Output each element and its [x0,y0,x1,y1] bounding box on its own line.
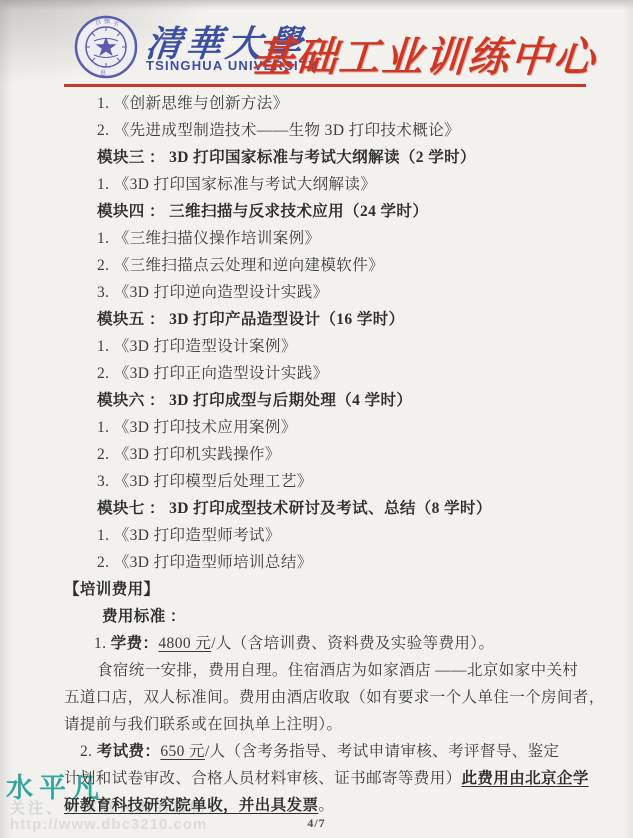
tsinghua-seal-logo: 自 强 不 息 [74,15,138,79]
doc-line: 食宿统一安排，费用自理。住宿酒店为如家酒店 ——北京如家中关村 [64,657,588,684]
svg-text:息: 息 [100,69,107,77]
page-number: 4/7 [0,816,633,831]
doc-text-segment: /人（含培训费、资料费及实验等费用）。 [211,635,494,652]
center-title: 基础工业训练中心 [251,24,587,83]
doc-line: 模块六 ： 3D 打印成型与后期处理（4 学时） [64,387,588,414]
doc-line: 3. 《3D 打印逆向造型设计实践》 [64,279,588,306]
header-divider-rule [64,84,586,87]
doc-text-segment: 1. [94,635,111,652]
doc-line: 1. 《3D 打印技术应用案例》 [64,414,588,441]
letterhead: 自 强 不 息 清華大學 TSINGHUA UNIVERSITY 基础工业训练中… [0,0,633,90]
doc-line: 模块七 ： 3D 打印成型技术研讨及考试、总结（8 学时） [64,495,588,522]
doc-line: 2. 考试费：650 元/人（含考务指导、考试申请审核、考评督导、鉴定 [64,738,588,765]
doc-line: 计划和试卷审改、合格人员材料审核、证书邮寄等费用）此费用由北京企学 [64,765,588,792]
doc-text-segment: 计划和试卷审改、合格人员材料审核、证书邮寄等费用） [64,770,462,787]
document-body: 1. 《创新思维与创新方法》2. 《先进成型制造技术——生物 3D 打印技术概论… [64,90,588,819]
doc-line: 【培训费用】 [64,576,588,603]
doc-line: 2. 《三维扫描点云处理和逆向建模软件》 [64,252,588,279]
doc-line: 1. 《三维扫描仪操作培训案例》 [64,225,588,252]
doc-text-segment: 学费： [111,635,159,652]
doc-text-segment: 650 元 [160,743,205,760]
doc-line: 1. 《3D 打印国家标准与考试大纲解读》 [64,171,588,198]
doc-text-segment: /人（含考务指导、考试申请审核、考评督导、鉴定 [205,743,560,760]
doc-line: 费用标准 ： [64,603,588,630]
doc-line: 五道口店，双人标准间。费用由酒店收取（如有要求一个人单住一个房间者， [64,684,588,711]
doc-line: 模块三 ： 3D 打印国家标准与考试大纲解读（2 学时） [64,144,588,171]
doc-line: 1. 学费：4800 元/人（含培训费、资料费及实验等费用）。 [64,630,588,657]
doc-text-segment: 4800 元 [158,635,211,652]
doc-text-segment: 此费用由北京企学 [462,770,589,787]
doc-line: 2. 《3D 打印正向造型设计实践》 [64,360,588,387]
doc-line: 研教育科技研究院单收，并出具发票。 [64,792,588,819]
doc-text-segment: 研教育科技研究院单收，并出具发票 [64,797,318,814]
doc-line: 1. 《创新思维与创新方法》 [64,90,588,117]
doc-line: 2. 《3D 打印机实践操作》 [64,441,588,468]
doc-line: 2. 《3D 打印造型师培训总结》 [64,549,588,576]
doc-line: 请提前与我们联系或在回执单上注明）。 [64,711,588,738]
doc-line: 2. 《先进成型制造技术——生物 3D 打印技术概论》 [64,117,588,144]
doc-line: 模块四 ： 三维扫描与反求技术应用（24 学时） [64,198,588,225]
doc-text-segment: 考试费： [97,743,161,760]
scanned-document-page: 自 强 不 息 清華大學 TSINGHUA UNIVERSITY 基础工业训练中… [0,0,633,838]
doc-line: 1. 《3D 打印造型设计案例》 [64,333,588,360]
doc-text-segment: 。 [318,797,334,814]
doc-line: 模块五 ： 3D 打印产品造型设计（16 学时） [64,306,588,333]
doc-line: 3. 《3D 打印模型后处理工艺》 [64,468,588,495]
doc-line: 1. 《3D 打印造型师考试》 [64,522,588,549]
svg-text:强: 强 [104,17,111,25]
doc-text-segment: 2. [80,743,97,760]
